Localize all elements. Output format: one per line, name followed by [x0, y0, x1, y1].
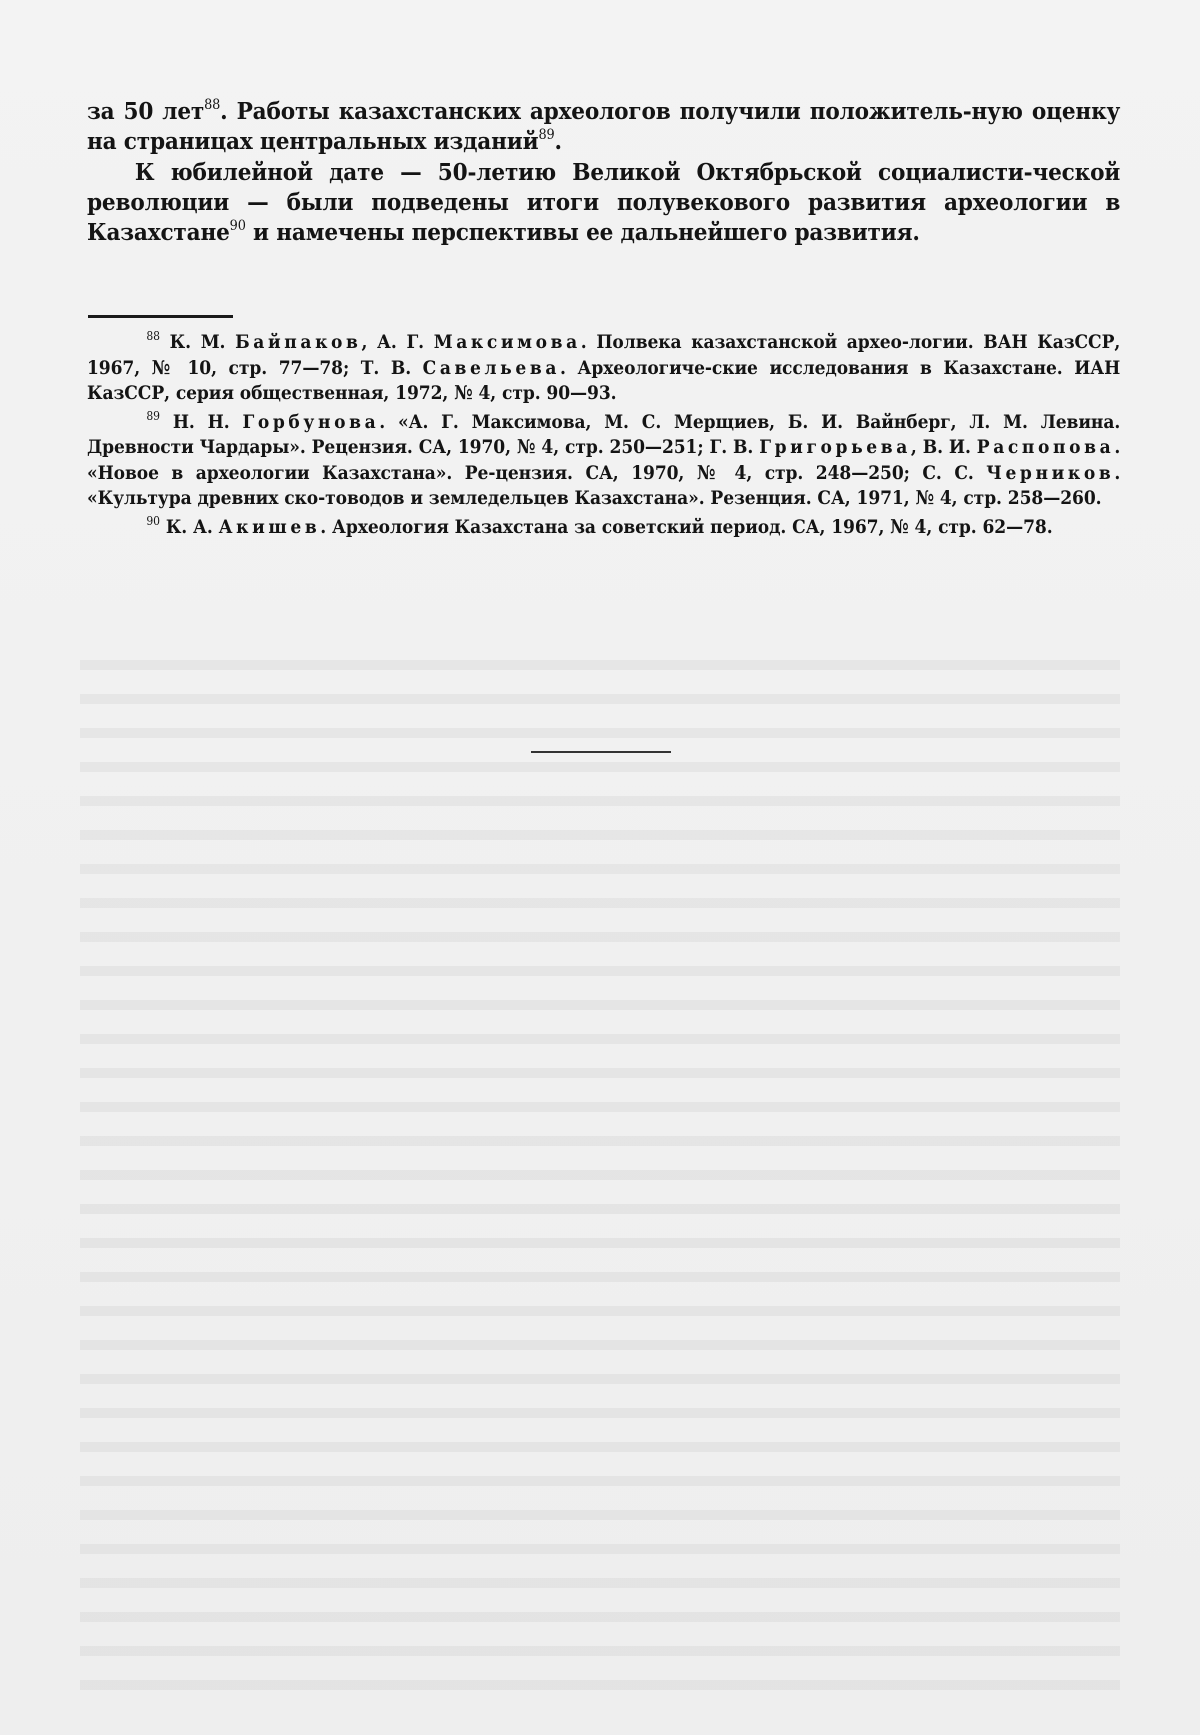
text-segment: и намечены перспективы ее дальнейшего ра…	[246, 218, 920, 246]
author-name: Акишев	[219, 516, 321, 538]
author-name: Савельева	[423, 357, 560, 379]
citation-text: , В. И.	[911, 436, 977, 458]
document-page: за 50 лет88. Работы казахстанских археол…	[0, 0, 1200, 1735]
footnotes: 88 К. М. Байпаков, А. Г. Максимова. Полв…	[87, 330, 1120, 543]
footnote-ref-89[interactable]: 89	[538, 127, 554, 143]
citation-text: , А. Г.	[362, 331, 434, 353]
author-name: Максимова	[434, 331, 581, 353]
footnote-90: 90 К. А. Акишев. Археология Казахстана з…	[87, 515, 1120, 541]
author-name: Распопова	[977, 436, 1115, 458]
footnote-ref-88[interactable]: 88	[204, 97, 220, 113]
citation-text: Н. Н.	[173, 411, 243, 433]
body-paragraph-1: за 50 лет88. Работы казахстанских археол…	[87, 96, 1120, 156]
reverse-side-bleed-through	[80, 640, 1120, 1700]
citation-text: К. М.	[170, 331, 235, 353]
author-name: Черников	[986, 462, 1114, 484]
footnote-88: 88 К. М. Байпаков, А. Г. Максимова. Полв…	[87, 330, 1120, 407]
section-end-rule	[531, 751, 671, 753]
footnote-number: 90	[146, 514, 160, 528]
author-name: Григорьева	[759, 436, 911, 458]
footnote-separator	[88, 315, 233, 318]
footnote-ref-90[interactable]: 90	[230, 218, 246, 234]
citation-text: . Археология Казахстана за советский пер…	[320, 516, 1052, 538]
author-name: Байпаков	[235, 331, 361, 353]
footnote-89: 89 Н. Н. Горбунова. «А. Г. Максимова, М.…	[87, 410, 1120, 512]
text-segment: за 50 лет	[87, 97, 204, 125]
body-paragraph-2: К юбилейной дате — 50-летию Великой Октя…	[87, 157, 1120, 247]
citation-text: К. А.	[166, 516, 219, 538]
main-text: за 50 лет88. Работы казахстанских археол…	[87, 96, 1120, 247]
text-segment: . Работы казахстанских археологов получи…	[87, 97, 1120, 155]
author-name: Горбунова	[242, 411, 379, 433]
text-segment: .	[555, 127, 562, 155]
footnote-number: 88	[146, 329, 160, 343]
footnote-number: 89	[146, 409, 160, 423]
